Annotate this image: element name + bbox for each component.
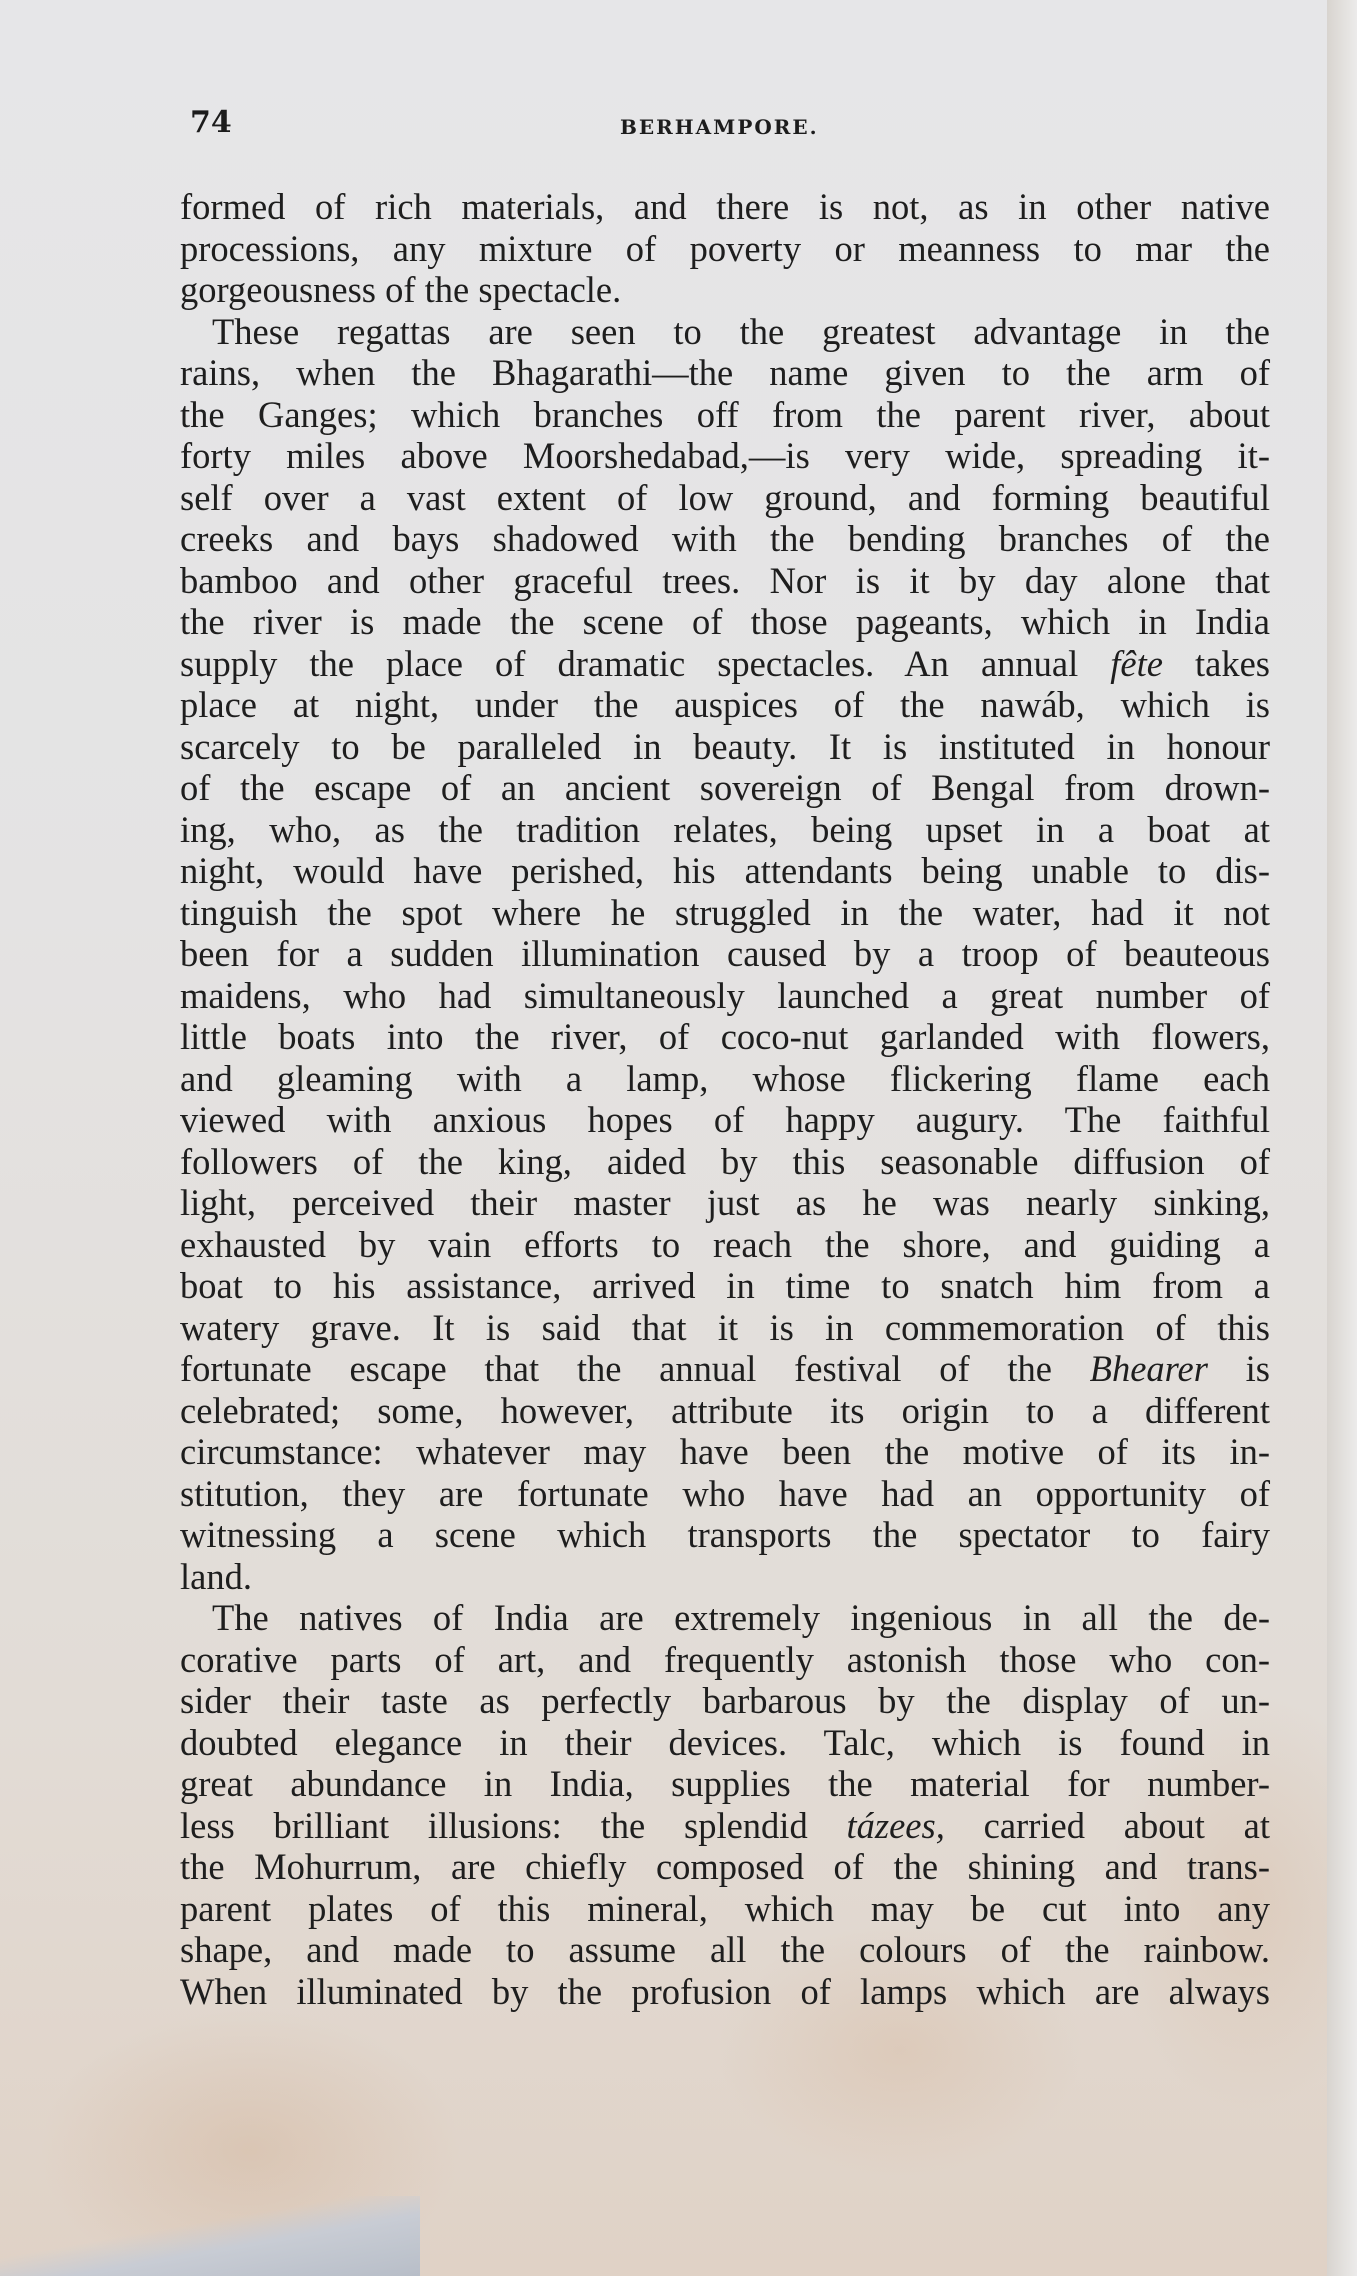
text-segment: and gleaming with a lamp, whose flickeri…: [180, 1058, 1270, 1099]
text-segment: exhausted by vain efforts to reach the s…: [180, 1224, 1270, 1265]
text-line: corative parts of art, and frequently as…: [180, 1639, 1270, 1681]
text-line: creeks and bays shadowed with the bendin…: [180, 518, 1270, 560]
italic-term: tázees,: [847, 1805, 945, 1846]
text-line: circumstance: whatever may have been the…: [180, 1431, 1270, 1473]
text-segment: rains, when the Bhagarathi—the name give…: [180, 352, 1270, 393]
text-segment: been for a sudden illumination caused by…: [180, 933, 1270, 974]
text-line: doubted elegance in their devices. Talc,…: [180, 1722, 1270, 1764]
text-segment: parent plates of this mineral, which may…: [180, 1888, 1270, 1929]
text-line: little boats into the river, of coco-nut…: [180, 1016, 1270, 1058]
text-line: scarcely to be paralleled in beauty. It …: [180, 726, 1270, 768]
text-segment: night, would have perished, his attendan…: [180, 850, 1270, 891]
text-line: light, perceived their master just as he…: [180, 1182, 1270, 1224]
text-line: shape, and made to assume all the colour…: [180, 1929, 1270, 1971]
text-segment: doubted elegance in their devices. Talc,…: [180, 1722, 1270, 1763]
text-segment: ing, who, as the tradition relates, bein…: [180, 809, 1270, 850]
text-segment: stitution, they are fortunate who have h…: [180, 1473, 1270, 1514]
text-line: and gleaming with a lamp, whose flickeri…: [180, 1058, 1270, 1100]
text-segment: sider their taste as perfectly barbarous…: [180, 1680, 1270, 1721]
text-line: night, would have perished, his attendan…: [180, 850, 1270, 892]
italic-term: Bhearer: [1090, 1348, 1208, 1389]
text-segment: witnessing a scene which transports the …: [180, 1514, 1270, 1555]
text-segment: celebrated; some, however, attribute its…: [180, 1390, 1270, 1431]
page-edge: [1327, 0, 1357, 2276]
text-segment: followers of the king, aided by this sea…: [180, 1141, 1270, 1182]
text-line: tinguish the spot where he struggled in …: [180, 892, 1270, 934]
text-line: The natives of India are extremely ingen…: [180, 1597, 1270, 1639]
text-line: exhausted by vain efforts to reach the s…: [180, 1224, 1270, 1266]
book-page: 74 BERHAMPORE. formed of rich materials,…: [0, 0, 1330, 2276]
text-segment: bamboo and other graceful trees. Nor is …: [180, 560, 1270, 601]
text-segment: fortunate escape that the annual festiva…: [180, 1348, 1052, 1389]
text-line: viewed with anxious hopes of happy augur…: [180, 1099, 1270, 1141]
bottom-shadow: [0, 2196, 420, 2276]
text-line: land.: [180, 1556, 1270, 1598]
text-segment: little boats into the river, of coco-nut…: [180, 1016, 1270, 1057]
text-segment: forty miles above Moorshedabad,—is very …: [180, 435, 1270, 476]
text-line: stitution, they are fortunate who have h…: [180, 1473, 1270, 1515]
text-segment: supply the place of dramatic spectacles.…: [180, 643, 1078, 684]
text-line: the Ganges; which branches off from the …: [180, 394, 1270, 436]
text-line: maidens, who had simultaneously launched…: [180, 975, 1270, 1017]
running-head: BERHAMPORE.: [620, 115, 819, 139]
text-line: bamboo and other graceful trees. Nor is …: [180, 560, 1270, 602]
text-segment: creeks and bays shadowed with the bendin…: [180, 518, 1270, 559]
body-text: formed of rich materials, and there is n…: [180, 186, 1270, 2012]
text-line: of the escape of an ancient sovereign of…: [180, 767, 1270, 809]
text-segment: tinguish the spot where he struggled in …: [180, 892, 1270, 933]
page-header: 74 BERHAMPORE.: [190, 105, 1270, 145]
text-segment: boat to his assistance, arrived in time …: [180, 1265, 1270, 1306]
text-line: the river is made the scene of those pag…: [180, 601, 1270, 643]
text-line: These regattas are seen to the greatest …: [180, 311, 1270, 353]
text-line: self over a vast extent of low ground, a…: [180, 477, 1270, 519]
text-segment: processions, any mixture of poverty or m…: [180, 228, 1270, 269]
text-line: When illuminated by the profusion of lam…: [180, 1971, 1270, 2013]
text-segment: These regattas are seen to the greatest …: [212, 311, 1270, 352]
text-line: supply the place of dramatic spectacles.…: [180, 643, 1270, 685]
text-line: the Mohurrum, are chiefly composed of th…: [180, 1846, 1270, 1888]
text-line: sider their taste as perfectly barbarous…: [180, 1680, 1270, 1722]
text-segment: formed of rich materials, and there is n…: [180, 186, 1270, 227]
text-segment: the Mohurrum, are chiefly composed of th…: [180, 1846, 1270, 1887]
text-line: rains, when the Bhagarathi—the name give…: [180, 352, 1270, 394]
italic-term: fête: [1110, 643, 1163, 684]
text-segment: circumstance: whatever may have been the…: [180, 1431, 1270, 1472]
text-line: formed of rich materials, and there is n…: [180, 186, 1270, 228]
text-line: been for a sudden illumination caused by…: [180, 933, 1270, 975]
text-line: watery grave. It is said that it is in c…: [180, 1307, 1270, 1349]
text-segment: place at night, under the auspices of th…: [180, 684, 1270, 725]
text-segment: gorgeousness of the spectacle.: [180, 269, 621, 310]
text-segment: corative parts of art, and frequently as…: [180, 1639, 1270, 1680]
text-line: boat to his assistance, arrived in time …: [180, 1265, 1270, 1307]
text-segment: scarcely to be paralleled in beauty. It …: [180, 726, 1270, 767]
text-line: fortunate escape that the annual festiva…: [180, 1348, 1270, 1390]
text-line: ing, who, as the tradition relates, bein…: [180, 809, 1270, 851]
text-segment: When illuminated by the profusion of lam…: [180, 1971, 1270, 2012]
text-line: processions, any mixture of poverty or m…: [180, 228, 1270, 270]
text-line: less brilliant illusions: the splendid t…: [180, 1805, 1270, 1847]
text-line: witnessing a scene which transports the …: [180, 1514, 1270, 1556]
text-segment: self over a vast extent of low ground, a…: [180, 477, 1270, 518]
text-segment: maidens, who had simultaneously launched…: [180, 975, 1270, 1016]
text-line: place at night, under the auspices of th…: [180, 684, 1270, 726]
text-segment: land.: [180, 1556, 252, 1597]
text-segment: great abundance in India, supplies the m…: [180, 1763, 1270, 1804]
text-line: celebrated; some, however, attribute its…: [180, 1390, 1270, 1432]
text-line: parent plates of this mineral, which may…: [180, 1888, 1270, 1930]
text-line: followers of the king, aided by this sea…: [180, 1141, 1270, 1183]
text-segment: less brilliant illusions: the splendid: [180, 1805, 808, 1846]
text-line: great abundance in India, supplies the m…: [180, 1763, 1270, 1805]
text-segment: light, perceived their master just as he…: [180, 1182, 1270, 1223]
text-line: forty miles above Moorshedabad,—is very …: [180, 435, 1270, 477]
text-segment: the Ganges; which branches off from the …: [180, 394, 1270, 435]
text-segment: is: [1208, 1348, 1270, 1389]
text-segment: takes: [1163, 643, 1270, 684]
text-segment: the river is made the scene of those pag…: [180, 601, 1270, 642]
text-segment: carried about at: [945, 1805, 1270, 1846]
page-number: 74: [190, 105, 232, 140]
text-segment: shape, and made to assume all the colour…: [180, 1929, 1270, 1970]
text-segment: of the escape of an ancient sovereign of…: [180, 767, 1270, 808]
text-segment: watery grave. It is said that it is in c…: [180, 1307, 1270, 1348]
text-line: gorgeousness of the spectacle.: [180, 269, 1270, 311]
text-segment: The natives of India are extremely ingen…: [212, 1597, 1270, 1638]
text-segment: viewed with anxious hopes of happy augur…: [180, 1099, 1270, 1140]
